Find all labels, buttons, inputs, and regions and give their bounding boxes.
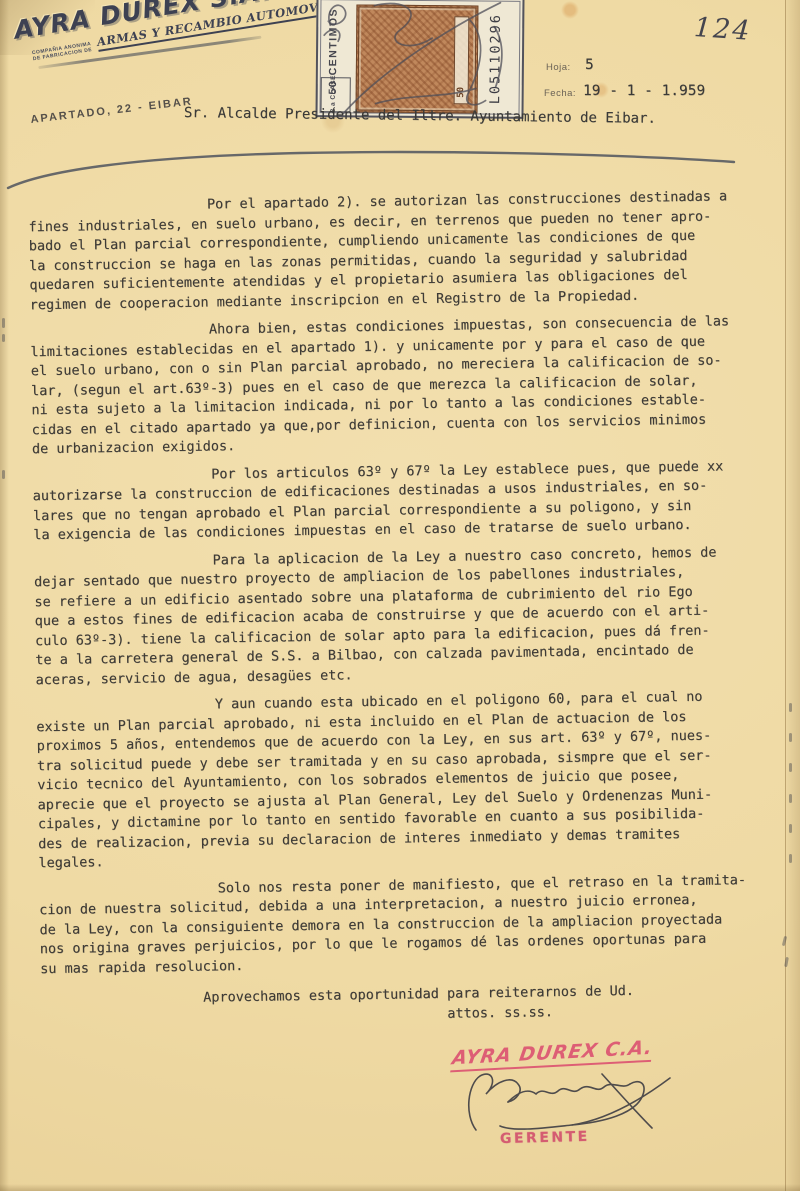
paragraph-2: Ahora bien, estas condiciones impuestas,… [30,311,784,459]
paragraph-1: Por el apartado 2). se autorizan las con… [28,186,782,315]
hoja-label: Hoja: [546,62,571,73]
scan-artifact [789,794,792,803]
paper-bottom-edge [0,1184,800,1191]
company-logo: AYRA DUREX S.A. COMPAÑIA ANONIMA DE FABR… [12,0,298,74]
gerente-rubber-stamp: GERENTE [500,1129,590,1147]
revenue-stamp: 50 CENTIMOS 50 8.a CLASE L05110296 [315,0,524,119]
company-address: APARTADO, 22 - EIBAR [30,96,193,126]
scan-artifact [2,318,5,328]
fecha-value: 19 - 1 - 1.959 [583,83,705,99]
fecha-label: Fecha: [544,88,576,99]
scan-artifact [789,733,792,742]
paragraph-3: Por los articulos 63º y 67º la Ley estab… [32,456,785,546]
scan-artifact [789,824,792,833]
scan-artifact [789,763,792,772]
scanned-letter-page: AYRA DUREX S.A. COMPAÑIA ANONIMA DE FABR… [0,0,800,1191]
paragraph-4: Para la aplicacion de la Ley a nuestro c… [34,542,788,690]
paragraph-5: Y aun cuando esta ubicado en el poligono… [36,686,791,873]
scan-artifact [789,854,792,863]
scan-artifact [789,703,792,712]
scan-artifact [2,334,5,342]
handwritten-folio-number: 124 [693,12,753,47]
pen-cancellation-scribble [303,0,534,121]
closing-lines: Aprovechamos esta oportunidad para reite… [41,979,794,1030]
paragraph-6: Solo nos resta poner de manifiesto, que … [39,870,792,979]
recipient-line: Sr. Alcalde Presidente del Iltre. Ayunta… [184,105,656,127]
hoja-value: 5 [585,57,594,73]
letter-body: Por el apartado 2). se autorizan las con… [28,186,793,1030]
scan-artifact [2,470,5,479]
letterhead-divider-rule [0,146,800,194]
